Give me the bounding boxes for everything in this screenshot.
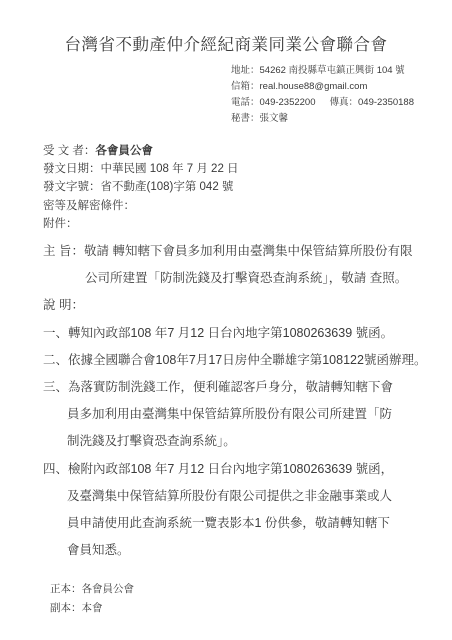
contact-block: 地址：54262 南投縣草屯鎮正興街 104 號 信箱：real.house88… [231,63,414,127]
item-2-number: 二、 [43,353,68,367]
item-3-text-line-3: 制洗錢及打擊資恐查詢系統」。 [67,428,423,455]
contact-email: 信箱：real.house88@gmail.com [231,79,414,95]
item-4-text-line-1: 檢附內政部108 年7 月12 日台內地字第1080263639 號函， [68,462,393,476]
item-1-number: 一、 [43,326,68,340]
contact-phone-fax-row: 電話：049-2352200傳真：049-2350188 [231,95,414,111]
item-4-text-line-2: 及臺灣集中保管結算所股份有限公司提供之非金融事業或人 [67,483,423,510]
doc-number-row: 發文字號：省不動產(108)字第 042 號 [43,178,239,196]
explanation-item-3: 三、為落實防制洗錢工作，便利確認客戶身分，敬請轉知轄下會 [43,374,423,401]
explanation-item-4: 四、檢附內政部108 年7 月12 日台內地字第1080263639 號函， [43,456,423,483]
attachment-row: 附件： [43,215,239,233]
letter-body: 主 旨：敬請 轉知轄下會員多加利用由臺灣集中保管結算所股份有限 公司所建置「防制… [43,238,423,564]
letter-meta-block: 受 文 者：各會員公會 發文日期：中華民國 108 年 7 月 22 日 發文字… [43,142,239,233]
subject-line-2: 公司所建置「防制洗錢及打擊資恐查詢系統」，敬請 查照。 [85,265,423,292]
contact-phone: 電話：049-2352200 [231,97,316,108]
original-copy-row: 正本：各會員公會 [50,580,134,599]
item-4-text-line-4: 會員知悉。 [67,537,423,564]
organization-title: 台灣省不動產仲介經紀商業同業公會聯合會 [0,31,452,55]
explanation-label: 說 明： [43,292,423,319]
subject-line-1: 主 旨：敬請 轉知轄下會員多加利用由臺灣集中保管結算所股份有限 [43,238,423,265]
subject-text-1: 敬請 轉知轄下會員多加利用由臺灣集中保管結算所股份有限 [84,244,412,258]
security-level-row: 密等及解密條件： [43,197,239,215]
contact-fax: 傳真：049-2350188 [330,97,415,108]
explanation-item-1: 一、轉知內政部108 年7 月12 日台內地字第1080263639 號函。 [43,320,423,347]
recipient-value: 各會員公會 [95,145,153,157]
official-letter-page: 台灣省不動產仲介經紀商業同業公會聯合會 地址：54262 南投縣草屯鎮正興街 1… [0,0,452,640]
item-3-number: 三、 [43,380,68,394]
subject-label: 主 旨： [43,244,84,258]
contact-secretary: 秘書：張文馨 [231,111,414,127]
item-3-text-line-1: 為落實防制洗錢工作，便利確認客戶身分，敬請轉知轄下會 [68,380,393,394]
item-2-text: 依據全國聯合會108年7月17日房仲全聯雄字第108122號函辦理。 [68,353,426,367]
item-3-text-line-2: 員多加利用由臺灣集中保管結算所股份有限公司所建置「防 [67,401,423,428]
duplicate-copy-row: 副本：本會 [50,599,134,618]
item-4-text-line-3: 員申請使用此查詢系統一覽表影本1 份供參，敬請轉知轄下 [67,510,423,537]
recipient-label: 受 文 者： [43,145,95,157]
explanation-item-2: 二、依據全國聯合會108年7月17日房仲全聯雄字第108122號函辦理。 [43,347,423,374]
item-4-number: 四、 [43,462,68,476]
item-1-text: 轉知內政部108 年7 月12 日台內地字第1080263639 號函。 [68,326,393,340]
recipient-row: 受 文 者：各會員公會 [43,142,239,160]
issue-date-row: 發文日期：中華民國 108 年 7 月 22 日 [43,160,239,178]
distribution-block: 正本：各會員公會 副本：本會 [50,580,134,618]
contact-address: 地址：54262 南投縣草屯鎮正興街 104 號 [231,63,414,79]
